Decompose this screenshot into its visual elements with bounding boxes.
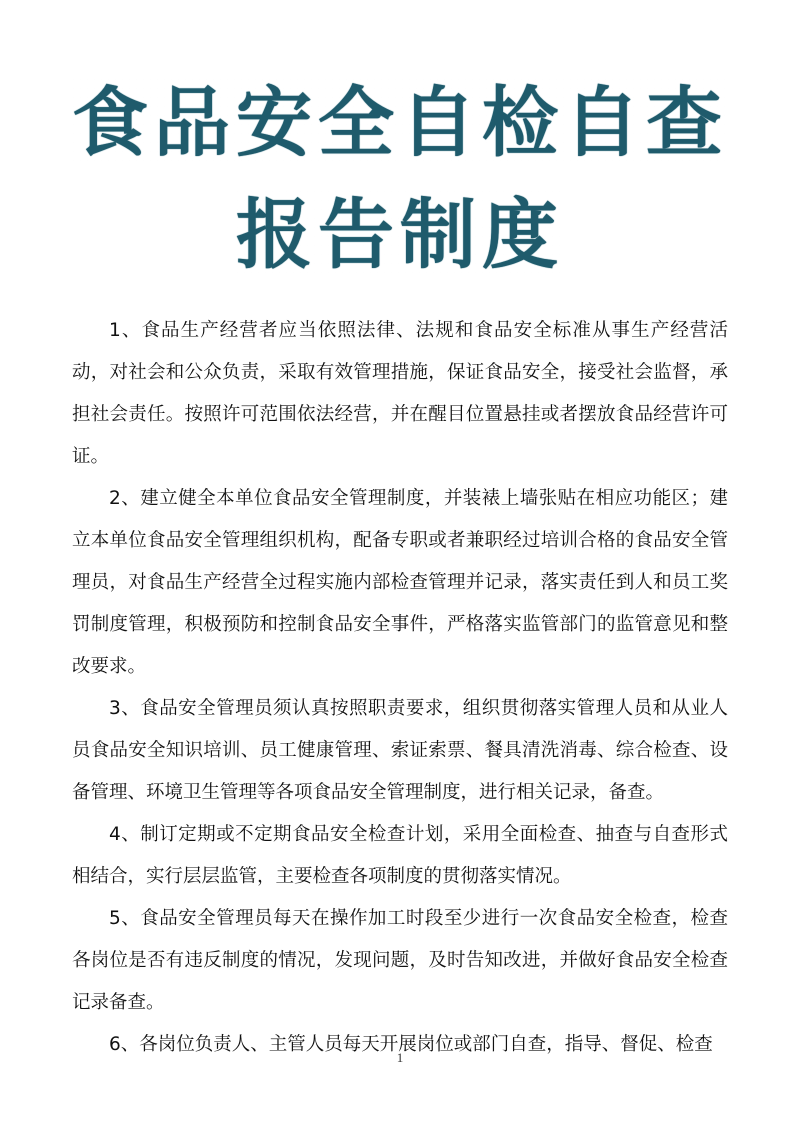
paragraph-5: 5、食品安全管理员每天在操作加工时段至少进行一次食品安全检查，检查各岗位是否有违…: [72, 898, 728, 1024]
document-body: 1、食品生产经营者应当依照法律、法规和食品安全标准从事生产经营活动，对社会和公众…: [72, 310, 728, 1066]
page-number: 1: [0, 1050, 800, 1066]
document-page: 食品安全自检自查 报告制度 1、食品生产经营者应当依照法律、法规和食品安全标准从…: [0, 0, 800, 1133]
paragraph-3: 3、食品安全管理员须认真按照职责要求，组织贯彻落实管理人员和从业人员食品安全知识…: [72, 688, 728, 814]
title-text-1: 食品安全自检自查: [72, 78, 728, 167]
paragraph-2: 2、建立健全本单位食品安全管理制度，并装裱上墙张贴在相应功能区；建立本单位食品安…: [72, 478, 728, 688]
paragraph-4: 4、制订定期或不定期食品安全检查计划，采用全面检查、抽查与自查形式相结合，实行层…: [72, 814, 728, 898]
document-title-line-1: 食品安全自检自查: [0, 78, 800, 168]
title-text-2: 报告制度: [236, 190, 564, 279]
paragraph-1: 1、食品生产经营者应当依照法律、法规和食品安全标准从事生产经营活动，对社会和公众…: [72, 310, 728, 478]
document-title-line-2: 报告制度: [0, 190, 800, 280]
